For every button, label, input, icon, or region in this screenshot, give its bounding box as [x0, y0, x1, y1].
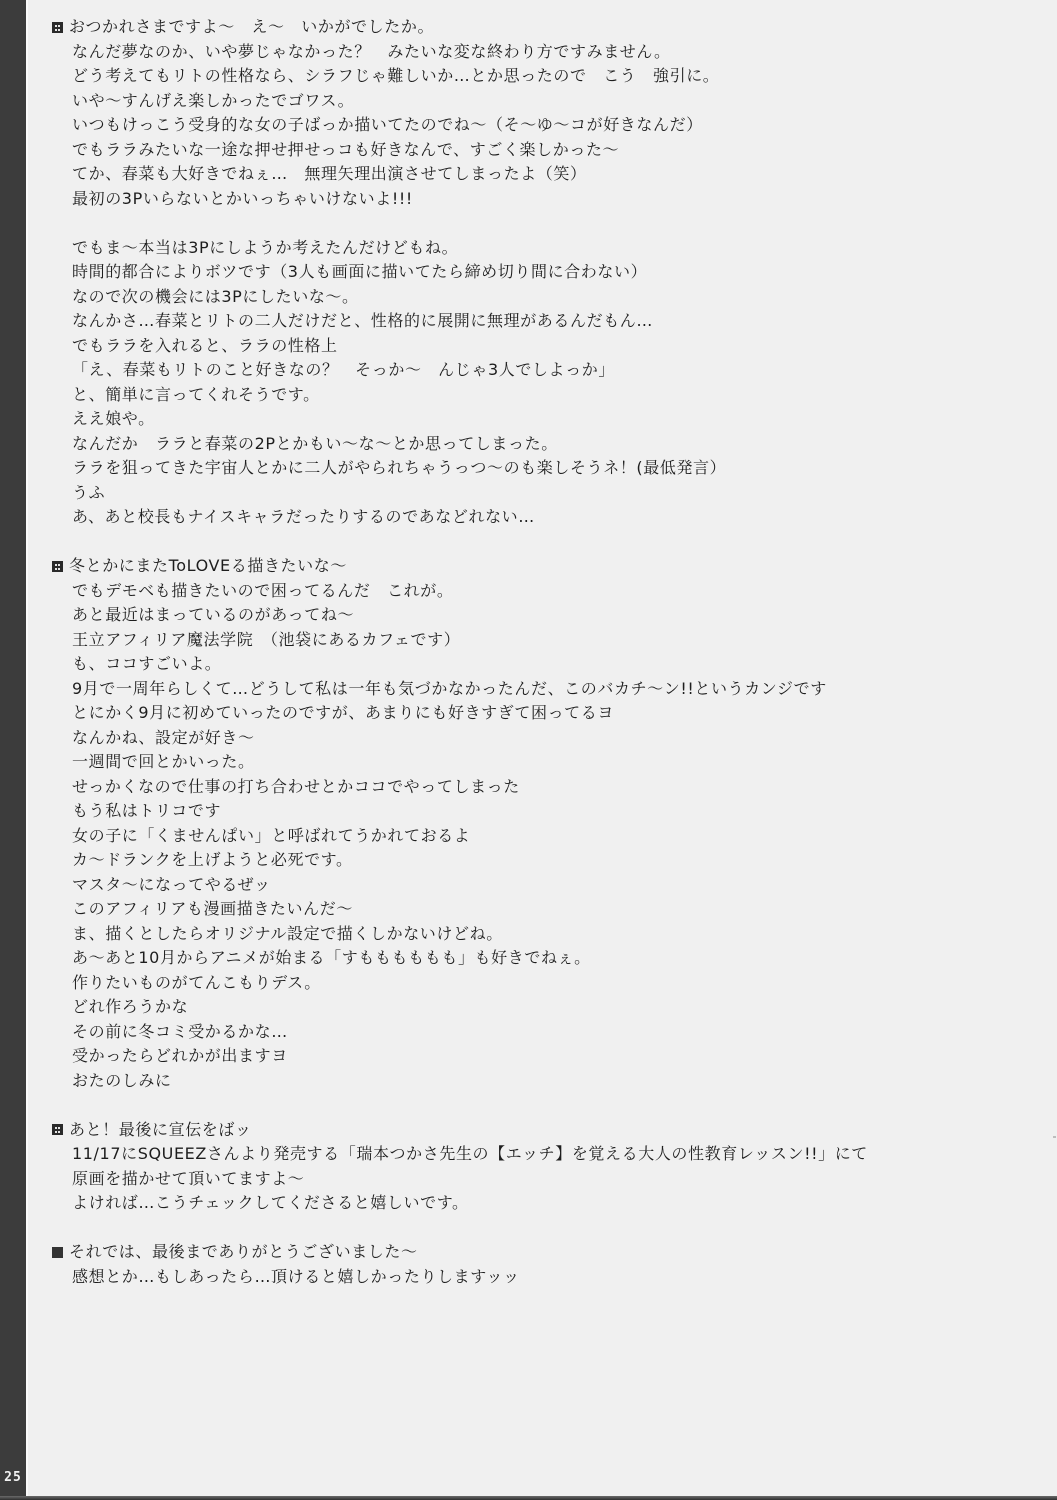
text-line: でもデモベも描きたいので困ってるんだ これが。: [52, 579, 1012, 604]
section-heading: 冬とかにまたToLOVEる描きたいな〜: [52, 554, 1012, 579]
section-heading: あと！最後に宣伝をばッ: [52, 1118, 1012, 1143]
text-line: 時間的都合によりボツです（3人も画面に描いてたら締め切り間に合わない）: [52, 260, 1012, 285]
text-line: てか、春菜も大好きでねぇ… 無理矢理出演させてしまったよ（笑）: [52, 162, 1012, 187]
text-line: もう私はトリコです: [52, 799, 1012, 824]
text-line: 11/17にSQUEEZさんより発売する「瑞本つかさ先生の【エッチ】を覚える大人…: [52, 1142, 1012, 1167]
text-line: ララを狙ってきた宇宙人とかに二人がやられちゃうっつ〜のも楽しそうネ！(最低発言）: [52, 456, 1012, 481]
text-line: なんかさ…春菜とリトの二人だけだと、性格的に展開に無理があるんだもん…: [52, 309, 1012, 334]
text-line: なんだ夢なのか、いや夢じゃなかった？ みたいな変な終わり方ですみません。: [52, 40, 1012, 65]
text-line: 「え、春菜もリトのこと好きなの？ そっか〜 んじゃ3人でしよっか」: [52, 358, 1012, 383]
section-toloveru-affiria: 冬とかにまたToLOVEる描きたいな〜 でもデモベも描きたいので困ってるんだ こ…: [52, 554, 1012, 1093]
text-line: あ〜あと10月からアニメが始まる「すもももももも」も好きでねぇ。: [52, 946, 1012, 971]
text-line: 作りたいものがてんこもりデス。: [52, 971, 1012, 996]
page-number: 25: [2, 1470, 24, 1485]
text-line: でもま〜本当は3Pにしようか考えたんだけどもね。: [52, 236, 1012, 261]
text-line: いつもけっこう受身的な女の子ばっか描いてたのでね〜（そ〜ゆ〜コが好きなんだ）: [52, 113, 1012, 138]
text-line: とにかく9月に初めていったのですが、あまりにも好きすぎて困ってるヨ: [52, 701, 1012, 726]
text-line: あと最近はまっているのがあってね〜: [52, 603, 1012, 628]
text-line: でもララみたいな一途な押せ押せっコも好きなんで、すごく楽しかった〜: [52, 138, 1012, 163]
text-line: 感想とか…もしあったら…頂けると嬉しかったりしますッッ: [52, 1265, 1012, 1290]
text-line: その前に冬コミ受かるかな…: [52, 1020, 1012, 1045]
text-line: ま、描くとしたらオリジナル設定で描くしかないけどね。: [52, 922, 1012, 947]
section-heading: それでは、最後までありがとうございました〜: [52, 1240, 1012, 1265]
scan-speck: [1053, 1136, 1056, 1138]
text-line: 9月で一周年らしくて…どうして私は一年も気づかなかったんだ、このバカチ〜ン!!と…: [52, 677, 1012, 702]
solid-square-bullet-icon: [52, 1247, 63, 1258]
text-line: と、簡単に言ってくれそうです。: [52, 383, 1012, 408]
text-line: 原画を描かせて頂いてますよ〜: [52, 1167, 1012, 1192]
text-line: マスタ〜になってやるぜッ: [52, 873, 1012, 898]
page-bottom-edge: [0, 1496, 1057, 1500]
text-line: どう考えてもリトの性格なら、シラフじゃ難しいか…とか思ったので こう 強引に。: [52, 64, 1012, 89]
text-line: 最初の3Pいらないとかいっちゃいけないよ!!!: [52, 187, 1012, 212]
text-line: おたのしみに: [52, 1069, 1012, 1094]
text-line: 一週間で回とかいった。: [52, 750, 1012, 775]
section-greeting: おつかれさまですよ〜 え〜 いかがでしたか。 なんだ夢なのか、いや夢じゃなかった…: [52, 15, 1012, 211]
text-line: なんかね、設定が好き〜: [52, 726, 1012, 751]
section-closing: それでは、最後までありがとうございました〜 感想とか…もしあったら…頂けると嬉し…: [52, 1240, 1012, 1289]
afterword-text: おつかれさまですよ〜 え〜 いかがでしたか。 なんだ夢なのか、いや夢じゃなかった…: [52, 15, 1012, 1314]
text-line: このアフィリアも漫画描きたいんだ〜: [52, 897, 1012, 922]
text-line: なんだか ララと春菜の2Pとかもい〜な〜とか思ってしまった。: [52, 432, 1012, 457]
text-line: あ、あと校長もナイスキャラだったりするのであなどれない…: [52, 505, 1012, 530]
text-line: 女の子に「くませんぱい」と呼ばれてうかれておるよ: [52, 824, 1012, 849]
text-line: 受かったらどれかが出ますヨ: [52, 1044, 1012, 1069]
dotted-square-bullet-icon: [52, 561, 63, 572]
text-line: も、ココすごいよ。: [52, 652, 1012, 677]
text-line: よければ…こうチェックしてくださると嬉しいです。: [52, 1191, 1012, 1216]
text-line: 王立アフィリア魔法学院 （池袋にあるカフェです）: [52, 628, 1012, 653]
dotted-square-bullet-icon: [52, 1124, 63, 1135]
section-3p-thoughts: でもま〜本当は3Pにしようか考えたんだけどもね。 時間的都合によりボツです（3人…: [52, 236, 1012, 530]
section-heading: おつかれさまですよ〜 え〜 いかがでしたか。: [52, 15, 1012, 40]
dotted-square-bullet-icon: [52, 22, 63, 33]
text-line: うふ: [52, 481, 1012, 506]
section-promotion: あと！最後に宣伝をばッ 11/17にSQUEEZさんより発売する「瑞本つかさ先生…: [52, 1118, 1012, 1216]
text-line: でもララを入れると、ララの性格上: [52, 334, 1012, 359]
binding-edge: [26, 0, 28, 1500]
binding-strip: [0, 0, 26, 1500]
text-line: せっかくなので仕事の打ち合わせとかココでやってしまった: [52, 775, 1012, 800]
text-line: なので次の機会には3Pにしたいな〜。: [52, 285, 1012, 310]
text-line: ええ娘や。: [52, 407, 1012, 432]
text-line: カ〜ドランクを上げようと必死です。: [52, 848, 1012, 873]
text-line: いや〜すんげえ楽しかったでゴワス。: [52, 89, 1012, 114]
text-line: どれ作ろうかな: [52, 995, 1012, 1020]
